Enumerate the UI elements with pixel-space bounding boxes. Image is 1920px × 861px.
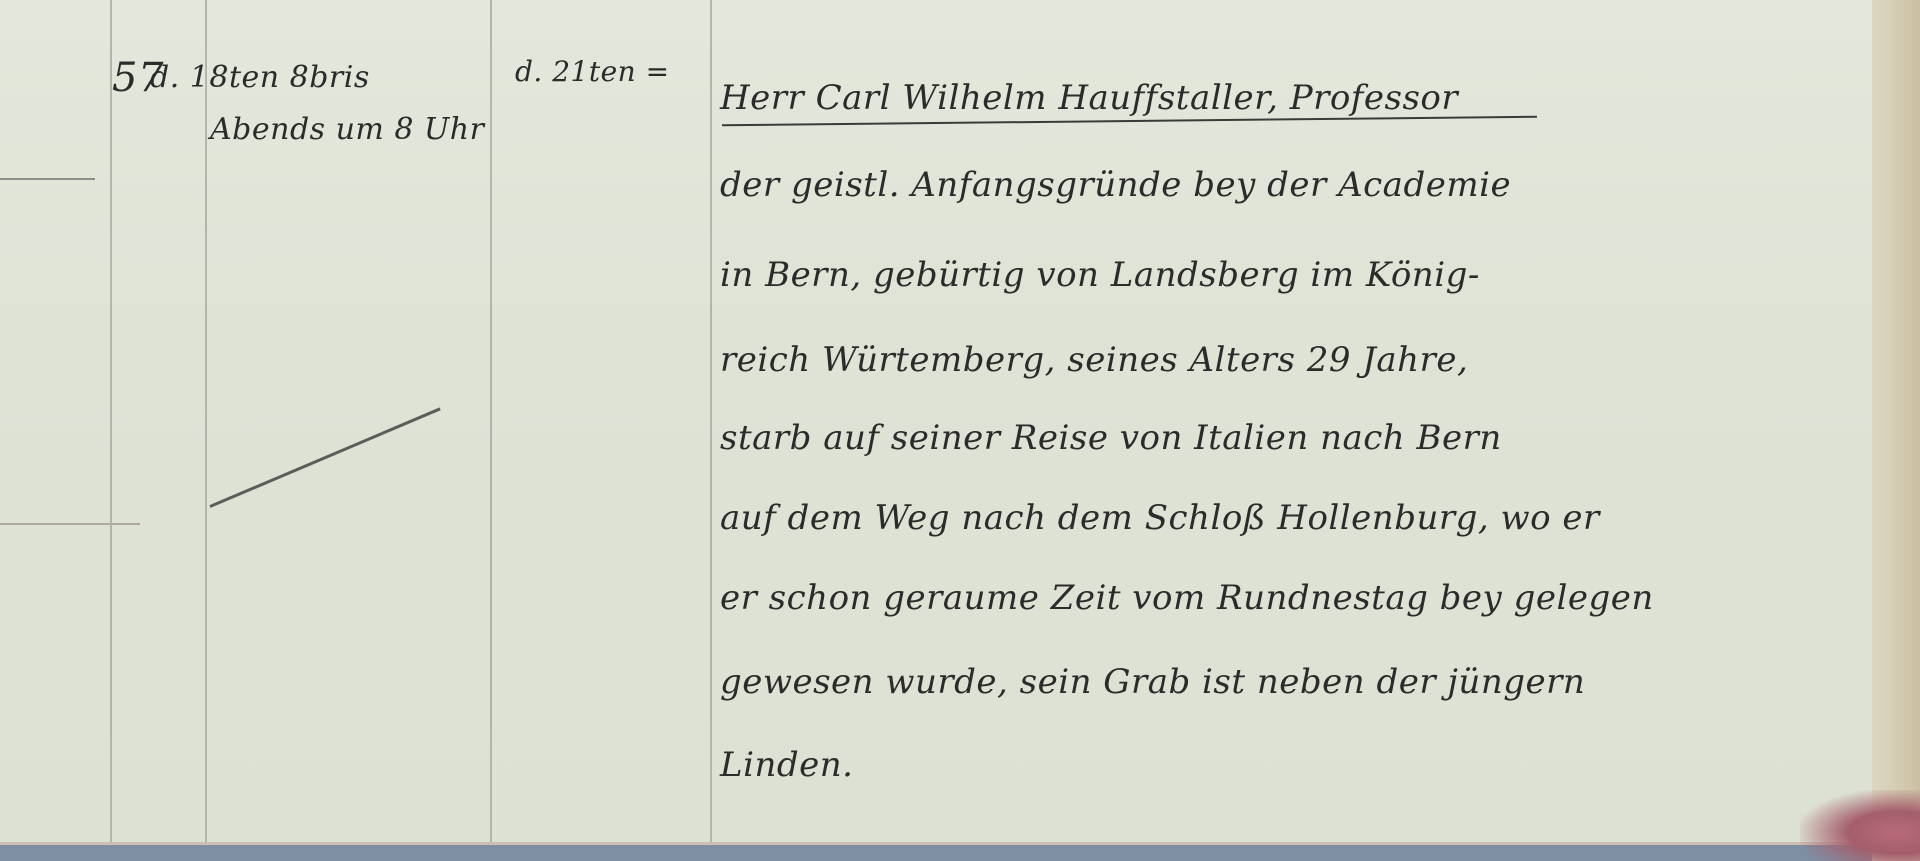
column-rule-3: [490, 0, 492, 842]
entry-line-2: der geistl. Anfangsgründe bey der Academ…: [720, 165, 1511, 205]
entry-line-1: Herr Carl Wilhelm Hauffstaller, Professo…: [720, 78, 1458, 118]
column-rule-2: [205, 0, 207, 842]
entry-line-8: gewesen wurde, sein Grab ist neben der j…: [720, 662, 1585, 702]
margin-dash: [0, 178, 95, 180]
entry-line-4: reich Würtemberg, seines Alters 29 Jahre…: [720, 340, 1468, 380]
empty-column-strike: [209, 407, 440, 507]
entry-line-5: starb auf seiner Reise von Italien nach …: [720, 418, 1502, 458]
binding-stain: [1800, 790, 1920, 861]
burial-date: d. 21ten =: [515, 55, 670, 88]
entry-line-6: auf dem Weg nach dem Schloß Hollenburg, …: [720, 498, 1600, 538]
column-rule-1: [110, 0, 112, 842]
faded-margin-line: [0, 523, 140, 525]
register-page: 57 d. 18ten 8bris Abends um 8 Uhr d. 21t…: [0, 0, 1880, 845]
entry-line-3: in Bern, gebürtig von Landsberg im König…: [720, 255, 1480, 295]
death-date-line-1: d. 18ten 8bris: [150, 60, 370, 95]
column-rule-4: [710, 0, 712, 842]
death-date-line-2: Abends um 8 Uhr: [210, 112, 484, 147]
entry-line-9: Linden.: [720, 745, 853, 785]
book-page-edge: [1872, 0, 1920, 861]
entry-line-7: er schon geraume Zeit vom Rundnestag bey…: [720, 578, 1654, 618]
